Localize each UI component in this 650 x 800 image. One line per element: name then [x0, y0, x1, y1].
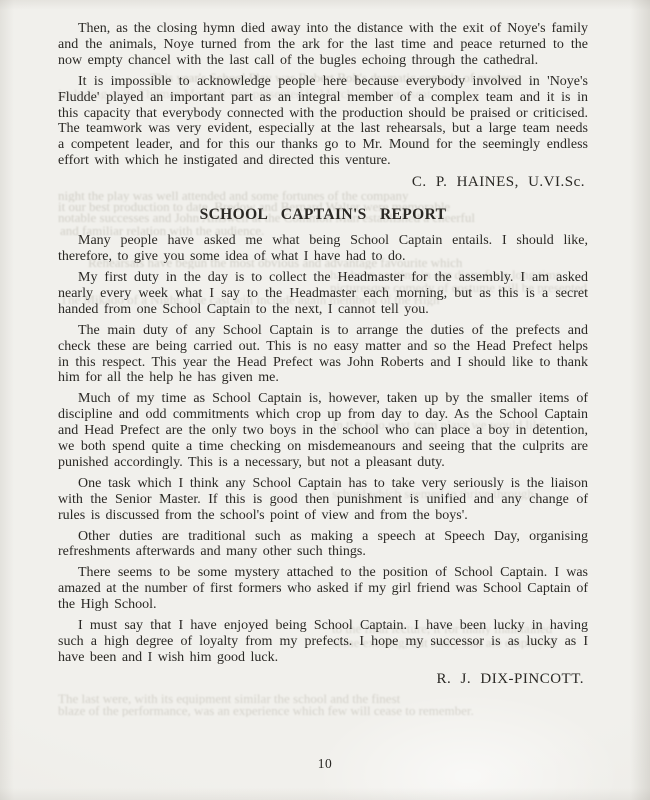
scanned-magazine-page: This year's School Play was Robert Bolt'…: [0, 0, 650, 800]
captains-report-paragraph: I must say that I have enjoyed being Sch…: [58, 618, 588, 666]
captains-report-paragraph: The main duty of any School Captain is t…: [58, 323, 588, 387]
captains-report-paragraph: Other duties are traditional such as mak…: [58, 529, 588, 561]
captains-report-paragraph: One task which I think any School Captai…: [58, 476, 588, 524]
bleedthrough-text: blaze of the performance, was an experie…: [58, 704, 536, 717]
captains-report-paragraph: My first duty in the day is to collect t…: [58, 270, 588, 318]
captains-report-heading: SCHOOL CAPTAIN'S REPORT: [58, 205, 588, 225]
noye-article-signature: C. P. HAINES, U.VI.Sc.: [58, 174, 588, 191]
captains-report-paragraph: Many people have asked me what being Sch…: [58, 233, 588, 265]
captains-report-paragraph: Much of my time as School Captain is, ho…: [58, 391, 588, 471]
noye-article-paragraph: Then, as the closing hymn died away into…: [58, 21, 588, 69]
bleedthrough-text: The last were, with its equipment simila…: [58, 692, 524, 705]
page-number: 10: [0, 756, 650, 772]
page-content: Then, as the closing hymn died away into…: [58, 21, 588, 688]
noye-article-paragraph: It is impossible to acknowledge people h…: [58, 74, 588, 169]
captains-report-paragraph: There seems to be some mystery attached …: [58, 565, 588, 613]
captains-report-signature: R. J. DIX-PINCOTT.: [58, 671, 588, 688]
